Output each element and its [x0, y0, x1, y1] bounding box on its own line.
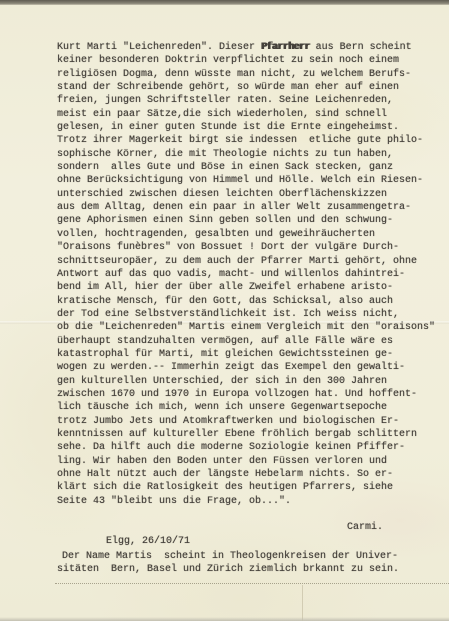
vertical-crease [302, 585, 303, 621]
text-line: sehe. Da hilft auch die moderne Soziolog… [57, 441, 447, 454]
text-line: stand der Schreibende gehört, so würde m… [57, 81, 447, 94]
text-line: Antwort auf das quo vadis, macht- und wi… [57, 268, 447, 281]
text-line: Seite 43 "bleibt uns die Frage, ob...". [57, 495, 447, 508]
text-line: gen kulturellen Unterschied, der sich in… [57, 375, 447, 388]
text-line: zwischen 1670 und 1970 in Europa vollzog… [57, 388, 447, 401]
text-line: lich täusche ich mich, wenn ich unsere G… [57, 401, 447, 414]
text-line-first: Kurt Marti "Leichenreden". Dieser Pfarrh… [57, 41, 447, 54]
letter-content: Kurt Marti "Leichenreden". Dieser Pfarrh… [57, 41, 447, 577]
date-place: Elgg, 26/10/71 [106, 536, 190, 547]
scanned-letter-page: Kurt Marti "Leichenreden". Dieser Pfarrh… [0, 0, 449, 621]
signature: Carmi. [347, 521, 383, 534]
line1-suffix: aus Bern scheint [310, 42, 412, 53]
text-line: meist ein paar Sätze,die sich wiederhole… [57, 108, 447, 121]
blank-line [57, 508, 447, 521]
scan-bottom-edge [0, 617, 449, 621]
footer-note: Der Name Martis scheint in Theologenkrei… [57, 550, 447, 577]
text-line: freien, jungen Schriftsteller raten. Sei… [57, 94, 447, 107]
text-line: unterschied zwischen diesen leichten Obe… [57, 188, 447, 201]
text-line: trotz Jumbo Jets und Atomkraftwerken und… [57, 415, 447, 428]
text-line: der Tod eine Selbstverständlichkeit ist.… [57, 308, 447, 321]
text-line: überhaupt standzuhalten vermögen, auf al… [57, 335, 447, 348]
text-line: ohne Halt nützt auch der längste Hebelar… [57, 468, 447, 481]
text-line: aus dem Alltag, denen ein paar in aller … [57, 201, 447, 214]
text-line: "Oraisons funèbres" von Bossuet ! Dort d… [57, 241, 447, 254]
text-line: gene Aphorismen einen Sinn geben sollen … [57, 214, 447, 227]
text-line: bend im All, hier der über alle Zweifel … [57, 281, 447, 294]
text-line: ob die "Leichenreden" Martis einem Vergl… [57, 321, 447, 334]
text-line: kratische Mensch, für den Gott, das Schi… [57, 295, 447, 308]
text-line: sondern alles Gute und Böse in einen Sac… [57, 161, 447, 174]
text-line: religiösen Dogma, denn wüsste man nicht,… [57, 68, 447, 81]
text-line: Der Name Martis scheint in Theologenkrei… [62, 550, 447, 563]
date-signature-row: Elgg, 26/10/71 Carmi. [70, 521, 447, 534]
text-line: katastrophal für Marti, mit gleichen Gew… [57, 348, 447, 361]
text-line: keiner besonderen Doktrin verpflichtet z… [57, 54, 447, 67]
overtyped-word: Pfarrherr [261, 42, 310, 53]
fold-line-dotted [55, 583, 449, 584]
text-line: kenntnissen auf kultureller Ebene fröhli… [57, 428, 447, 441]
text-line: gelesen, in einer guten Stunde ist die E… [57, 121, 447, 134]
text-line: sophische Körner, die mit Theologie nich… [57, 148, 447, 161]
text-line: sitäten Bern, Basel und Zürich ziemlich … [57, 563, 447, 576]
scan-top-edge [0, 0, 449, 5]
text-line: vollen, hochtragenden, gesalbten und gew… [57, 228, 447, 241]
text-line: ohne Berücksichtigung von Himmel und Höl… [57, 174, 447, 187]
body-lines: keiner besonderen Doktrin verpflichtet z… [57, 54, 447, 508]
text-line: klärt sich die Ratlosigkeit des heutigen… [57, 481, 447, 494]
text-line: schnittseuropäer, zu dem auch der Pfarre… [57, 255, 447, 268]
line1-prefix: Kurt Marti "Leichenreden". Dieser [57, 42, 261, 53]
text-line: wogen zu werden.-- Immerhin zeigt das Ex… [57, 361, 447, 374]
text-line: Trotz ihrer Magerkeit birgt sie indessen… [57, 134, 447, 147]
text-line: ling. Wir haben den Boden unter den Füss… [57, 455, 447, 468]
